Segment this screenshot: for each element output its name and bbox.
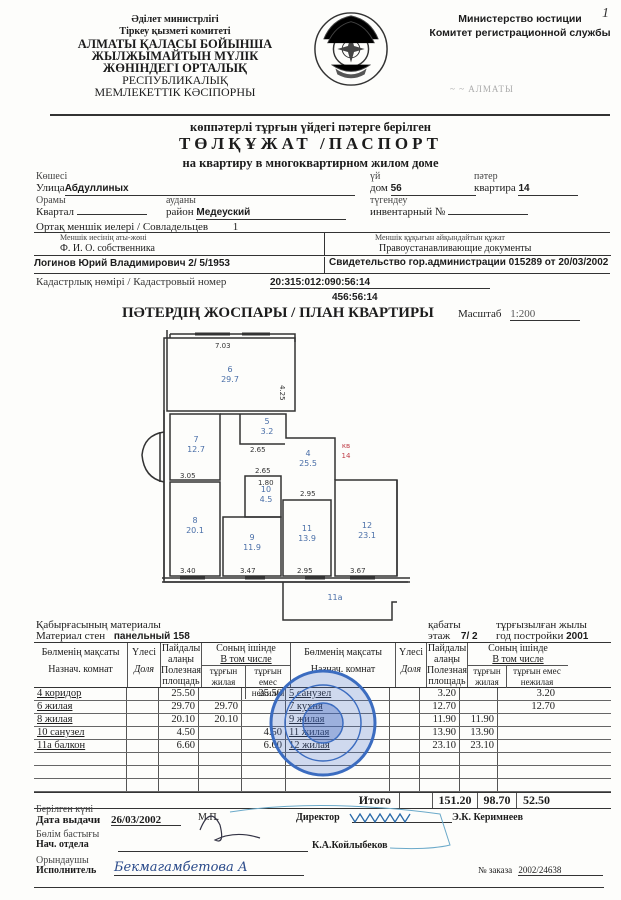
kz-header: Әділет министрлігі Тіркеу қызметі комите… xyxy=(60,14,290,98)
plan-dim: 2.65 xyxy=(255,467,271,475)
table-cell-room: 8 жилая xyxy=(34,714,127,726)
table-cell-useful: 12.70 xyxy=(420,701,460,713)
share-ru: Доля xyxy=(128,664,160,675)
room-area: 4.5 xyxy=(260,495,273,504)
table-cell-nonliving: 12.70 xyxy=(498,701,558,713)
order-value: 2002/24638 xyxy=(518,865,603,876)
table-cell-room xyxy=(286,779,390,791)
street-value: Абдуллиных xyxy=(65,183,355,196)
owner-name-label: Ф. И. О. собственника xyxy=(34,243,324,254)
floor-value: 7/ 2 xyxy=(461,631,478,642)
plan-dim: 3.67 xyxy=(350,567,366,575)
house-label: дом xyxy=(370,182,388,194)
table-cell-useful xyxy=(159,779,199,791)
room-number: 5 xyxy=(264,417,269,426)
title-kz-sub: көппәтерлі тұрғын үйдегі пәтерге берілге… xyxy=(0,120,621,135)
table-cell-living xyxy=(199,753,242,765)
inventory-value xyxy=(448,214,528,215)
room-area: 13.9 xyxy=(298,534,316,543)
owner-name-value: Логинов Юрий Владимирович 2/ 5/1953 xyxy=(34,258,324,269)
title-ru-sub: на квартиру в многоквартирном жилом доме xyxy=(0,156,621,171)
useful-kz: Пайдалы алаңы xyxy=(427,643,467,665)
useful-kz: Пайдалы алаңы xyxy=(161,643,201,665)
table-cell-useful xyxy=(420,766,460,778)
col-useful-2: Пайдалы алаңы Полезная площадь xyxy=(427,643,468,687)
table-cell-living xyxy=(199,766,242,778)
table-cell-nonliving: 3.20 xyxy=(498,688,558,700)
kz-ministry: Әділет министрлігі xyxy=(60,14,290,26)
table-cell-living: 20.10 xyxy=(199,714,242,726)
table-cell-share xyxy=(390,701,420,713)
useful-ru: Полезная площадь xyxy=(161,665,201,687)
room-number: 10 xyxy=(261,485,271,494)
table-cell-share xyxy=(390,766,420,778)
table-cell-share xyxy=(390,727,420,739)
state-emblem-icon xyxy=(312,10,390,88)
col-purpose: Бөлменің мақсаты Назнач. комнат xyxy=(34,643,128,687)
table-cell-nonliving xyxy=(498,753,558,765)
room-number: 12 xyxy=(362,521,372,530)
ru-header: Министерство юстиции Комитет регистрацио… xyxy=(420,12,620,40)
table-cell-share xyxy=(127,753,159,765)
wall-material: Қабырғасының материалы Материал стен пан… xyxy=(36,620,190,642)
col-share-2: Үлесі Доля xyxy=(396,643,427,687)
block-field: Орамы Квартал xyxy=(36,196,147,218)
table-cell-room: 4 коридор xyxy=(34,688,127,700)
table-cell-share xyxy=(127,727,159,739)
page-mark: 1 xyxy=(602,6,609,22)
plan-dim: 2.65 xyxy=(250,446,266,454)
street-label: Улица xyxy=(36,182,65,194)
room-number: 11 xyxy=(302,524,312,533)
table-cell-living xyxy=(460,701,498,713)
header-divider xyxy=(50,114,610,116)
table-cell-share xyxy=(390,740,420,752)
table-cell-share xyxy=(127,766,159,778)
scale-field: Масштаб 1:200 xyxy=(458,308,580,321)
floor-field: қабаты этаж 7/ 2 xyxy=(428,620,478,642)
living-kz: тұрғын xyxy=(202,666,245,677)
useful-ru: Полезная площадь xyxy=(427,665,467,687)
cadastral-label: Кадастрлық нөмірі / Кадастровый номер xyxy=(36,276,226,288)
share-kz: Үлесі xyxy=(128,647,160,658)
table-row xyxy=(34,779,611,792)
executor-field: Орындаушы Исполнитель xyxy=(36,856,96,876)
table-cell-living xyxy=(199,727,242,739)
date-value: 26/03/2002 xyxy=(111,815,181,826)
issue-date-field: Берілген күні Дата выдачи 26/03/2002 xyxy=(36,805,181,826)
nonliving-ru: нежилая xyxy=(507,677,567,688)
room-number: 4 xyxy=(305,449,310,458)
table-cell-room: 11а балкон xyxy=(34,740,127,752)
exec-label: Исполнитель xyxy=(36,866,96,876)
table-cell-useful: 25.50 xyxy=(159,688,199,700)
plan-dim: 2.95 xyxy=(297,567,313,575)
apt-mark: 14 xyxy=(342,452,351,460)
signatures-icon xyxy=(190,800,520,860)
table-cell-share xyxy=(390,753,420,765)
table-cell-living xyxy=(460,753,498,765)
date-label: Дата выдачи xyxy=(36,814,100,826)
order-field: № заказа 2002/24638 xyxy=(478,865,603,876)
incl-kz: Соның ішінде xyxy=(202,643,290,654)
owner-doc-header: Меншік құқығын айқындайтын құжат Правоус… xyxy=(324,233,611,256)
dept-head-field: Бөлім бастығы Нач. отдела xyxy=(36,830,99,850)
table-cell-share xyxy=(127,688,159,700)
col-including-2: Соның ішінде В том числе тұрғынжилая тұр… xyxy=(468,643,568,687)
purpose-kz: Бөлменің мақсаты xyxy=(291,647,395,658)
table-cell-useful: 29.70 xyxy=(159,701,199,713)
table-cell-useful: 4.50 xyxy=(159,727,199,739)
incl-kz: Соның ішінде xyxy=(468,643,568,654)
share-ru: Доля xyxy=(396,664,426,675)
executor-signature: Бекмагамбетова А xyxy=(114,860,304,876)
owner-name-label-kz: Меншік иесінің аты-жөні xyxy=(34,233,324,243)
table-cell-useful: 11.90 xyxy=(420,714,460,726)
footer-divider xyxy=(34,887,604,888)
table-cell-living: 29.70 xyxy=(199,701,242,713)
year-label: год постройки xyxy=(496,630,563,642)
share-kz: Үлесі xyxy=(396,647,426,658)
owner-doc-label-kz: Меншік құқығын айқындайтын құжат xyxy=(325,233,611,243)
apartment-floor-plan: 7.03 4.25 3.05 2.65 2.95 3.40 3.47 2.95 … xyxy=(130,330,450,630)
block-value xyxy=(77,214,147,215)
table-cell-share xyxy=(390,779,420,791)
table-cell-living: 23.10 xyxy=(460,740,498,752)
room-area: 12.7 xyxy=(187,445,205,454)
ru-ministry: Министерство юстиции xyxy=(420,12,620,26)
table-cell-share xyxy=(127,740,159,752)
room-area: 3.2 xyxy=(261,427,274,436)
table-cell-useful: 3.20 xyxy=(420,688,460,700)
room-area: 11.9 xyxy=(243,543,261,552)
district-field: ауданы район Медеуский xyxy=(166,196,346,220)
walls-label: Материал стен xyxy=(36,630,105,642)
table-cell-share xyxy=(390,688,420,700)
apt-value: 14 xyxy=(518,183,578,196)
walls-value: панельный 158 xyxy=(114,631,190,642)
total-nonliving: 52.50 xyxy=(517,793,583,808)
table-cell-nonliving xyxy=(498,779,558,791)
block-label-kz: Орамы xyxy=(36,196,147,206)
apt-label: квартира xyxy=(474,182,516,194)
room-area: 20.1 xyxy=(186,526,204,535)
incl-ru: В том числе xyxy=(468,654,568,666)
table-cell-room: 10 санузел xyxy=(34,727,127,739)
scale-value: 1:200 xyxy=(510,308,580,321)
district-label-kz: ауданы xyxy=(166,196,346,206)
plan-dim: 3.05 xyxy=(180,472,196,480)
inventory-label: инвентарный № xyxy=(370,206,445,218)
purpose-ru: Назнач. комнат xyxy=(34,664,127,675)
purpose-kz: Бөлменің мақсаты xyxy=(34,647,127,658)
living-ru: жилая xyxy=(468,677,506,688)
room-number: 8 xyxy=(192,516,197,525)
table-cell-living: 11.90 xyxy=(460,714,498,726)
room-number: 9 xyxy=(249,533,254,542)
room-number: 6 xyxy=(227,365,232,374)
district-value: Медеуский xyxy=(196,207,346,220)
apt-mark: кв xyxy=(342,442,350,450)
plan-dim: 4.25 xyxy=(278,385,286,401)
table-cell-useful xyxy=(420,779,460,791)
table-cell-room xyxy=(34,766,127,778)
table-cell-room xyxy=(34,753,127,765)
order-label: № заказа xyxy=(478,865,512,875)
scale-label: Масштаб xyxy=(458,308,501,320)
incl-ru: В том числе xyxy=(202,654,290,666)
table-cell-nonliving xyxy=(498,714,558,726)
room-area: 29.7 xyxy=(221,375,239,384)
document-title: ТӨЛҚҰЖАТ /ПАСПОРТ xyxy=(0,134,621,154)
table-cell-share xyxy=(127,714,159,726)
head-label: Нач. отдела xyxy=(36,840,99,850)
table-cell-nonliving xyxy=(498,740,558,752)
district-label: район xyxy=(166,206,194,218)
room-number: 11а xyxy=(327,593,342,602)
table-cell-room xyxy=(34,779,127,791)
ru-committee: Комитет регистрационной службы xyxy=(420,26,620,40)
faded-stamp-text: ~ ~ АЛМАТЫ xyxy=(450,84,514,94)
house-label-kz: үй xyxy=(370,172,476,182)
table-cell-useful: 20.10 xyxy=(159,714,199,726)
street-field: Көшесі УлицаАбдуллиных xyxy=(36,172,355,196)
owner-box: Меншік иесінің аты-жөні Ф. И. О. собстве… xyxy=(34,232,610,274)
table-cell-living xyxy=(199,688,242,700)
owner-name-header: Меншік иесінің аты-жөні Ф. И. О. собстве… xyxy=(34,233,324,256)
plan-title: ПӘТЕРДІҢ ЖОСПАРЫ / ПЛАН КВАРТИРЫ xyxy=(122,305,434,322)
table-cell-living xyxy=(460,766,498,778)
room-number: 7 xyxy=(193,435,198,444)
year-field: тұрғызылған жылы год постройки 2001 xyxy=(496,620,588,642)
cadastral-sub: 456:56:14 xyxy=(332,292,378,303)
cadastral-number: 20:315:012:090:56:14 xyxy=(270,277,490,289)
table-cell-living xyxy=(199,779,242,791)
col-share: Үлесі Доля xyxy=(128,643,161,687)
kz-enterprise-line: МЕМЛЕКЕТТІК КӘСІПОРНЫ xyxy=(60,86,290,98)
room-area: 23.1 xyxy=(358,531,376,540)
table-cell-nonliving xyxy=(242,779,286,791)
street-label-kz: Көшесі xyxy=(36,172,355,182)
table-cell-room: 6 жилая xyxy=(34,701,127,713)
col-useful: Пайдалы алаңы Полезная площадь xyxy=(161,643,202,687)
table-cell-useful xyxy=(159,766,199,778)
living-ru: жилая xyxy=(202,677,245,688)
table-cell-share xyxy=(127,701,159,713)
table-cell-living xyxy=(199,740,242,752)
owner-doc-value: Свидетельство гор.администрации 015289 о… xyxy=(324,257,615,273)
plan-dim: 3.40 xyxy=(180,567,196,575)
nonliving-kz: тұрғын емес xyxy=(507,666,567,677)
year-value: 2001 xyxy=(566,631,588,642)
block-label: Квартал xyxy=(36,206,74,218)
house-field: үй дом 56 xyxy=(370,172,476,196)
table-cell-living xyxy=(460,779,498,791)
plan-dim: 7.03 xyxy=(215,342,231,350)
official-stamp-icon xyxy=(268,668,378,778)
living-kz: тұрғын xyxy=(468,666,506,677)
table-cell-useful: 23.10 xyxy=(420,740,460,752)
inventory-field: түгендеу инвентарный № xyxy=(370,196,528,218)
table-cell-nonliving xyxy=(498,766,558,778)
table-cell-nonliving xyxy=(498,727,558,739)
table-cell-share xyxy=(127,779,159,791)
table-cell-living xyxy=(460,688,498,700)
apartment-field: пәтер квартира 14 xyxy=(474,172,578,196)
inventory-label-kz: түгендеу xyxy=(370,196,528,206)
owner-doc-label: Правоустанавливающие документы xyxy=(325,243,611,254)
table-cell-useful xyxy=(159,753,199,765)
table-cell-living: 13.90 xyxy=(460,727,498,739)
apt-label-kz: пәтер xyxy=(474,172,578,182)
room-area: 25.5 xyxy=(299,459,317,468)
plan-dim: 2.95 xyxy=(300,490,316,498)
floor-label: этаж xyxy=(428,630,450,642)
table-cell-share xyxy=(390,714,420,726)
plan-dim: 3.47 xyxy=(240,567,256,575)
table-cell-useful: 6.60 xyxy=(159,740,199,752)
table-cell-useful xyxy=(420,753,460,765)
table-cell-useful: 13.90 xyxy=(420,727,460,739)
